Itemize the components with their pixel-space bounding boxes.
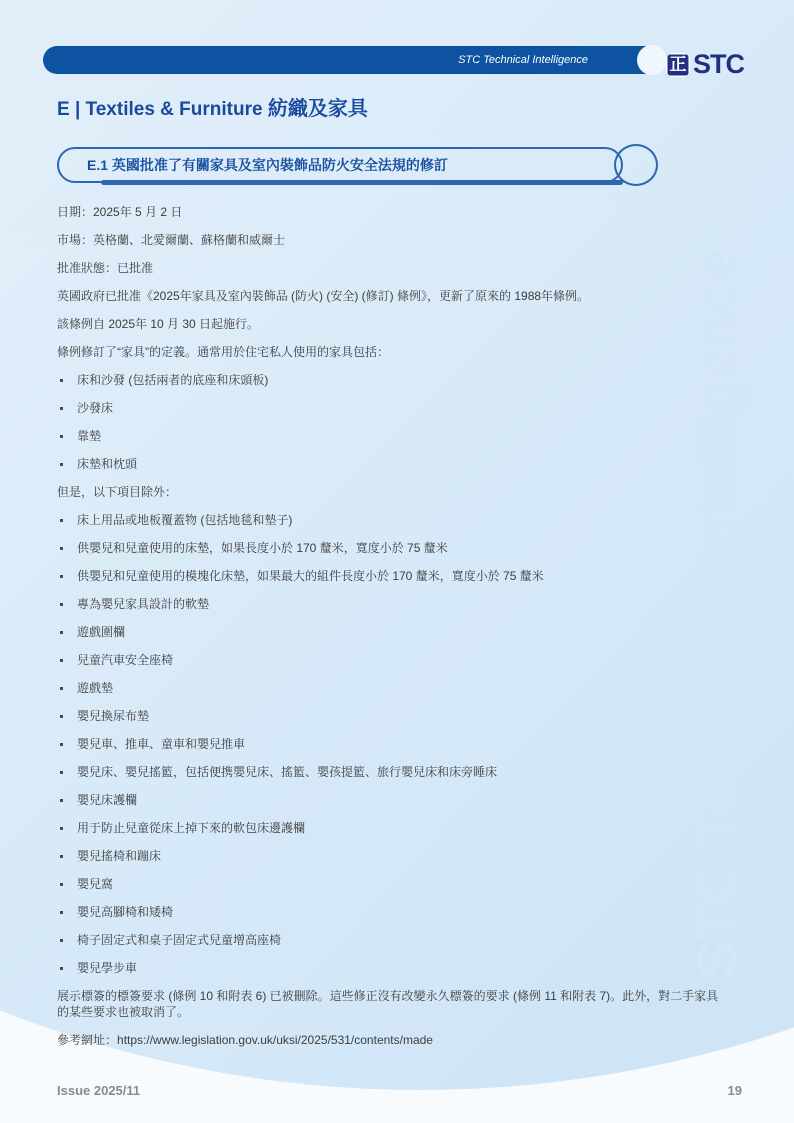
list-item: 床和沙發 (包括兩者的底座和床頭板) [57, 372, 719, 388]
list-item: 嬰兒搖椅和蹦床 [57, 848, 719, 864]
included-items-list: 床和沙發 (包括兩者的底座和床頭板) 沙發床 靠墊 床墊和枕頭 [57, 372, 719, 472]
list-item-text: 遊戲墊 [77, 680, 719, 696]
list-item-text: 靠墊 [77, 428, 719, 444]
list-item-text: 用于防止兒童從床上掉下來的軟包床邊護欄 [77, 820, 719, 836]
paragraph: 日期：2025年 5 月 2 日 [57, 204, 719, 220]
list-item-text: 供嬰兒和兒童使用的模塊化床墊，如果最大的組件長度小於 170 釐米，寬度小於 7… [77, 568, 719, 584]
list-item-text: 床和沙發 (包括兩者的底座和床頭板) [77, 372, 719, 388]
list-item: 嬰兒床、嬰兒搖籃，包括便携嬰兒床、搖籃、嬰孩提籃、旅行嬰兒床和床旁睡床 [57, 764, 719, 780]
list-item: 床上用品或地板覆蓋物 (包括地毯和墊子) [57, 512, 719, 528]
paragraph: 英國政府已批准《2025年家具及室內裝飾品 (防火) (安全) (修訂) 條例》… [57, 288, 719, 304]
list-item-text: 床墊和枕頭 [77, 456, 719, 472]
section-title-en: E | Textiles & Furniture [57, 99, 268, 120]
bullet-icon [60, 603, 63, 606]
list-item: 椅子固定式和桌子固定式兒童增高座椅 [57, 932, 719, 948]
section-title-zh: 紡織及家具 [268, 96, 368, 120]
bullet-icon [60, 799, 63, 802]
bullet-icon [60, 575, 63, 578]
list-item: 遊戲圍欄 [57, 624, 719, 640]
bullet-icon [60, 435, 63, 438]
bullet-icon [60, 771, 63, 774]
closing-paragraph: 展示標簽的標簽要求 (條例 10 和附表 6) 已被刪除。這些修正沒有改變永久標… [57, 988, 719, 1020]
list-item: 床墊和枕頭 [57, 456, 719, 472]
stc-logo: 正 STC [666, 49, 744, 80]
bullet-icon [60, 715, 63, 718]
list-item-text: 嬰兒高腳椅和矮椅 [77, 904, 719, 920]
list-item-text: 嬰兒換尿布墊 [77, 708, 719, 724]
list-item: 嬰兒換尿布墊 [57, 708, 719, 724]
bullet-icon [60, 855, 63, 858]
list-item-text: 椅子固定式和桌子固定式兒童增高座椅 [77, 932, 719, 948]
header-bar-notch [637, 45, 667, 75]
bullet-icon [60, 939, 63, 942]
bullet-icon [60, 631, 63, 634]
stc-logo-seal-icon: 正 [666, 53, 690, 77]
header-bar-title: STC Technical Intelligence [458, 46, 588, 74]
article-banner-title: E.1 英國批准了有關家具及室內裝飾品防火安全法規的修訂 [87, 155, 448, 175]
stc-logo-text: STC [693, 49, 744, 80]
article-banner: E.1 英國批准了有關家具及室內裝飾品防火安全法規的修訂 [57, 147, 623, 183]
reference-label: 參考網址： [57, 1033, 117, 1047]
footer-page-number: 19 [728, 1083, 742, 1098]
section-title: E | Textiles & Furniture 紡織及家具 [57, 92, 368, 121]
list-item: 供嬰兒和兒童使用的模塊化床墊，如果最大的組件長度小於 170 釐米，寬度小於 7… [57, 568, 719, 584]
bullet-icon [60, 463, 63, 466]
paragraph: 批准狀態：已批准 [57, 260, 719, 276]
bullet-icon [60, 407, 63, 410]
excluded-items-list: 床上用品或地板覆蓋物 (包括地毯和墊子) 供嬰兒和兒童使用的床墊，如果長度小於 … [57, 512, 719, 976]
bullet-icon [60, 687, 63, 690]
list-item: 嬰兒窩 [57, 876, 719, 892]
bullet-icon [60, 379, 63, 382]
page-footer: Issue 2025/11 19 [57, 1083, 742, 1098]
footer-issue-label: Issue 2025/11 [57, 1083, 140, 1098]
reference-url-link[interactable]: https://www.legislation.gov.uk/uksi/2025… [117, 1033, 433, 1047]
banner-underline [101, 180, 623, 185]
reference-line: 參考網址：https://www.legislation.gov.uk/uksi… [57, 1032, 719, 1048]
list-item-text: 床上用品或地板覆蓋物 (包括地毯和墊子) [77, 512, 719, 528]
list-item: 用于防止兒童從床上掉下來的軟包床邊護欄 [57, 820, 719, 836]
list-item-text: 嬰兒床、嬰兒搖籃，包括便携嬰兒床、搖籃、嬰孩提籃、旅行嬰兒床和床旁睡床 [77, 764, 719, 780]
list-item: 嬰兒床護欄 [57, 792, 719, 808]
article-body: 日期：2025年 5 月 2 日 市場：英格蘭、北愛爾蘭、蘇格蘭和威爾士 批准狀… [57, 204, 719, 1060]
exception-intro: 但是，以下項目除外： [57, 484, 719, 500]
list-item-text: 嬰兒學步車 [77, 960, 719, 976]
list-item: 嬰兒高腳椅和矮椅 [57, 904, 719, 920]
list-item: 專為嬰兒家具設計的軟墊 [57, 596, 719, 612]
list-item-text: 沙發床 [77, 400, 719, 416]
paragraph: 該條例自 2025年 10 月 30 日起施行。 [57, 316, 719, 332]
bullet-icon [60, 547, 63, 550]
list-item: 靠墊 [57, 428, 719, 444]
bullet-icon [60, 743, 63, 746]
list-item: 嬰兒學步車 [57, 960, 719, 976]
list-item: 嬰兒車、推車、童車和嬰兒推車 [57, 736, 719, 752]
list-item-text: 專為嬰兒家具設計的軟墊 [77, 596, 719, 612]
header-bar: STC Technical Intelligence [43, 46, 658, 74]
list-item-text: 嬰兒車、推車、童車和嬰兒推車 [77, 736, 719, 752]
list-item: 遊戲墊 [57, 680, 719, 696]
paragraph: 市場：英格蘭、北愛爾蘭、蘇格蘭和威爾士 [57, 232, 719, 248]
decorative-circle [614, 144, 658, 186]
bullet-icon [60, 659, 63, 662]
bullet-icon [60, 911, 63, 914]
paragraph: 條例修訂了“家具”的定義。通常用於住宅私人使用的家具包括： [57, 344, 719, 360]
list-item-text: 嬰兒窩 [77, 876, 719, 892]
list-item-text: 嬰兒搖椅和蹦床 [77, 848, 719, 864]
bullet-icon [60, 967, 63, 970]
bullet-icon [60, 827, 63, 830]
intro-paragraphs: 日期：2025年 5 月 2 日 市場：英格蘭、北愛爾蘭、蘇格蘭和威爾士 批准狀… [57, 204, 719, 360]
list-item: 供嬰兒和兒童使用的床墊，如果長度小於 170 釐米，寬度小於 75 釐米 [57, 540, 719, 556]
bullet-icon [60, 883, 63, 886]
list-item-text: 遊戲圍欄 [77, 624, 719, 640]
list-item-text: 嬰兒床護欄 [77, 792, 719, 808]
list-item-text: 兒童汽車安全座椅 [77, 652, 719, 668]
list-item: 兒童汽車安全座椅 [57, 652, 719, 668]
bullet-icon [60, 519, 63, 522]
list-item-text: 供嬰兒和兒童使用的床墊，如果長度小於 170 釐米，寬度小於 75 釐米 [77, 540, 719, 556]
list-item: 沙發床 [57, 400, 719, 416]
